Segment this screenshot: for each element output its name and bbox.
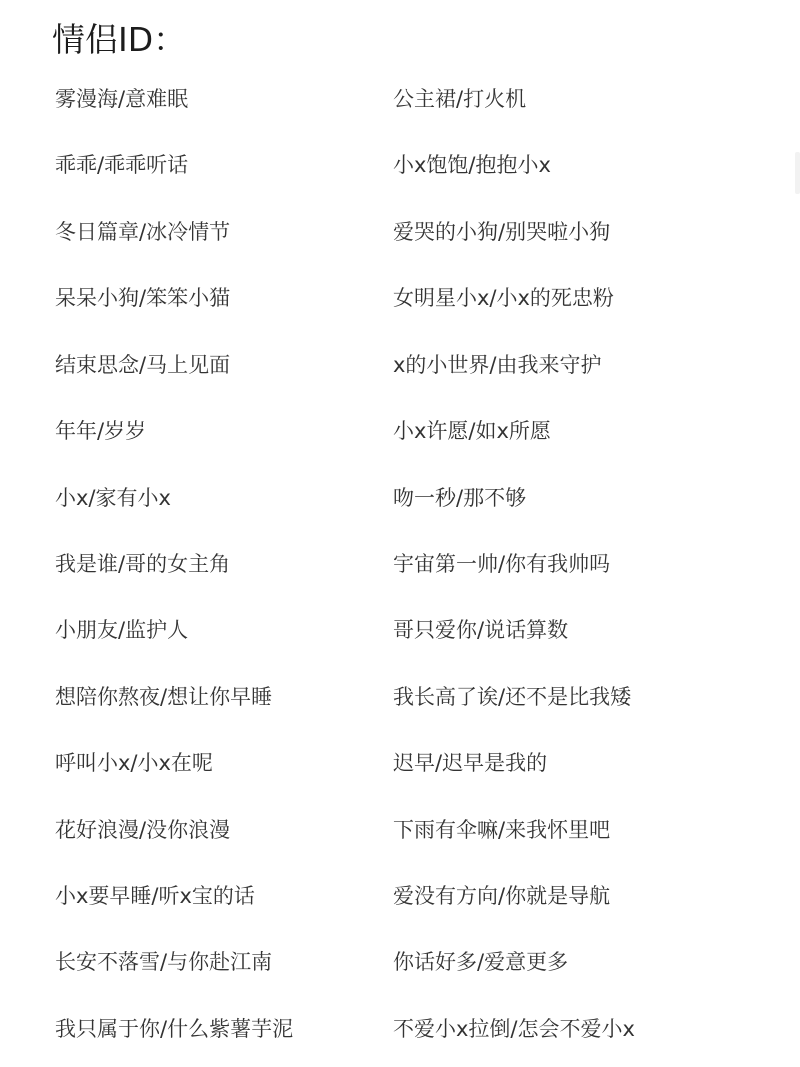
list-row: 我只属于你/什么紫薯芋泥 不爱小x拉倒/怎会不爱小x — [0, 1012, 800, 1046]
id-left: 小x要早睡/听x宝的话 — [55, 879, 255, 913]
list-row: 雾漫海/意难眠 公主裙/打火机 — [0, 82, 800, 116]
list-row: 呆呆小狗/笨笨小猫 女明星小x/小x的死忠粉 — [0, 281, 800, 315]
id-left: 冬日篇章/冰冷情节 — [55, 215, 230, 249]
list-row: 结束思念/马上见面 x的小世界/由我来守护 — [0, 348, 800, 382]
id-left: 我只属于你/什么紫薯芋泥 — [55, 1012, 293, 1046]
id-left: 年年/岁岁 — [55, 414, 146, 448]
list-row: 花好浪漫/没你浪漫 下雨有伞嘛/来我怀里吧 — [0, 813, 800, 847]
id-left: 小x/家有小x — [55, 481, 171, 515]
id-right: 下雨有伞嘛/来我怀里吧 — [393, 813, 610, 847]
id-left: 我是谁/哥的女主角 — [55, 547, 230, 581]
id-right: 爱哭的小狗/别哭啦小狗 — [393, 215, 610, 249]
list-row: 小x/家有小x 吻一秒/那不够 — [0, 481, 800, 515]
id-left: 雾漫海/意难眠 — [55, 82, 188, 116]
list-row: 乖乖/乖乖听话 小x饱饱/抱抱小x — [0, 148, 800, 182]
id-right: 公主裙/打火机 — [393, 82, 526, 116]
id-right: 宇宙第一帅/你有我帅吗 — [393, 547, 610, 581]
id-right: 吻一秒/那不够 — [393, 481, 526, 515]
list-row: 小朋友/监护人 哥只爱你/说话算数 — [0, 613, 800, 647]
id-right: 小x许愿/如x所愿 — [393, 414, 551, 448]
id-right: 小x饱饱/抱抱小x — [393, 148, 551, 182]
list-row: 年年/岁岁 小x许愿/如x所愿 — [0, 414, 800, 448]
scrollbar[interactable] — [795, 152, 800, 194]
id-left: 乖乖/乖乖听话 — [55, 148, 188, 182]
id-left: 小朋友/监护人 — [55, 613, 188, 647]
page-title: 情侣ID： — [52, 18, 186, 62]
id-left: 呼叫小x/小x在呢 — [55, 746, 213, 780]
list-row: 想陪你熬夜/想让你早睡 我长高了诶/还不是比我矮 — [0, 680, 800, 714]
list-row: 小x要早睡/听x宝的话 爱没有方向/你就是导航 — [0, 879, 800, 913]
id-left: 结束思念/马上见面 — [55, 348, 230, 382]
list-row: 呼叫小x/小x在呢 迟早/迟早是我的 — [0, 746, 800, 780]
id-right: x的小世界/由我来守护 — [393, 348, 602, 382]
id-left: 花好浪漫/没你浪漫 — [55, 813, 230, 847]
id-right: 爱没有方向/你就是导航 — [393, 879, 610, 913]
id-right: 我长高了诶/还不是比我矮 — [393, 680, 631, 714]
list-row: 长安不落雪/与你赴江南 你话好多/爱意更多 — [0, 945, 800, 979]
id-right: 你话好多/爱意更多 — [393, 945, 568, 979]
id-left: 长安不落雪/与你赴江南 — [55, 945, 272, 979]
id-right: 女明星小x/小x的死忠粉 — [393, 281, 614, 315]
id-right: 不爱小x拉倒/怎会不爱小x — [393, 1012, 635, 1046]
id-right: 哥只爱你/说话算数 — [393, 613, 568, 647]
id-left: 想陪你熬夜/想让你早睡 — [55, 680, 272, 714]
id-left: 呆呆小狗/笨笨小猫 — [55, 281, 230, 315]
id-right: 迟早/迟早是我的 — [393, 746, 547, 780]
list-row: 我是谁/哥的女主角 宇宙第一帅/你有我帅吗 — [0, 547, 800, 581]
list-row: 冬日篇章/冰冷情节 爱哭的小狗/别哭啦小狗 — [0, 215, 800, 249]
